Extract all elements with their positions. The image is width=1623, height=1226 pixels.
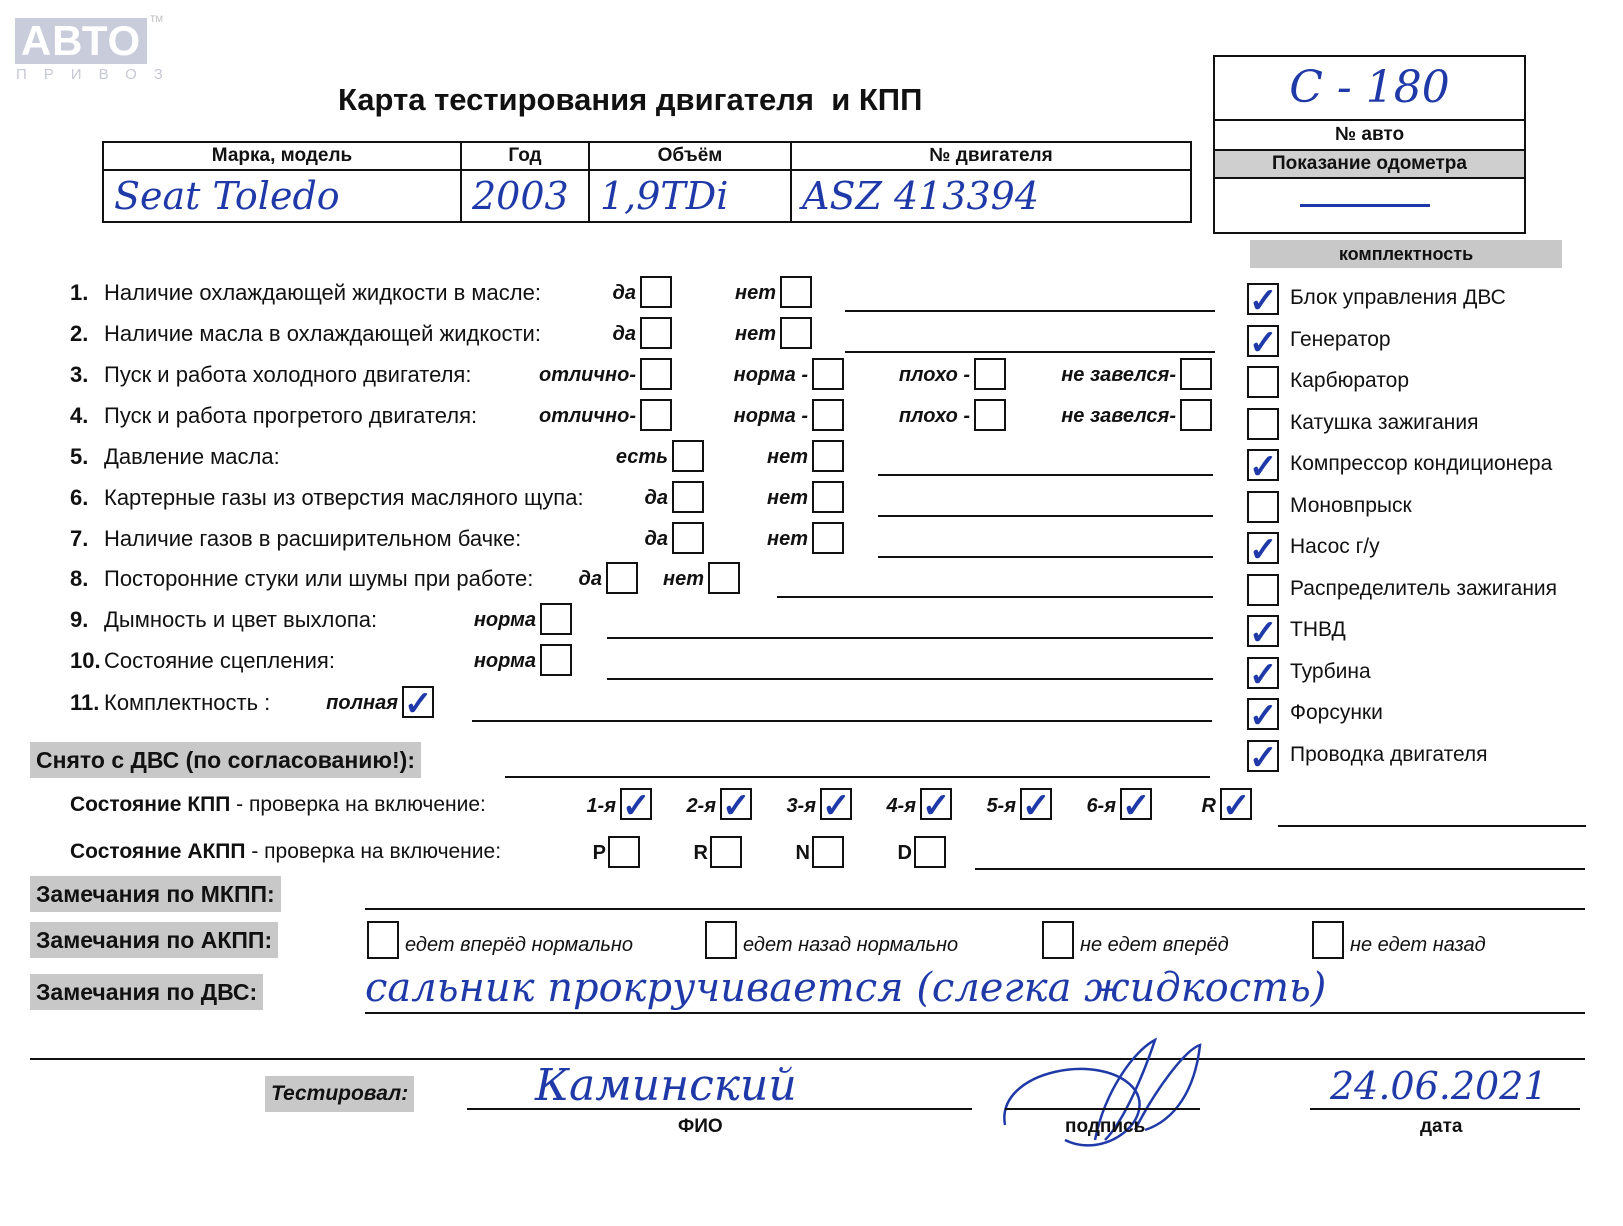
notes-line[interactable] — [777, 596, 1213, 598]
vehicle-info-table: Марка, модель Год Объём № двигателя Seat… — [102, 141, 1192, 223]
check-row-number: 11. — [70, 690, 104, 716]
check-mark-icon: ✓ — [1022, 790, 1050, 822]
manual-gearbox-title: Состояние КПП — [70, 793, 230, 816]
option-label: полная — [326, 692, 398, 715]
option-checkbox[interactable] — [812, 481, 844, 513]
option-label: да — [579, 568, 603, 591]
option-checkbox[interactable] — [812, 399, 844, 431]
option-checkbox[interactable] — [672, 481, 704, 513]
option-checkbox[interactable] — [540, 603, 572, 635]
check-mark-icon: ✓ — [1249, 742, 1277, 774]
option-label: плохо - — [899, 405, 970, 428]
notes-line[interactable] — [845, 310, 1215, 312]
check-mark-icon: ✓ — [822, 790, 850, 822]
removed-line[interactable] — [505, 776, 1210, 778]
option-label: нет — [767, 487, 808, 510]
akpp-option-label: едет вперёд нормально — [405, 934, 633, 957]
kit-checkbox[interactable]: ✓ — [1247, 740, 1279, 772]
auto-number-value[interactable]: C - 180 — [1215, 57, 1524, 121]
option-label: не завелся- — [1061, 364, 1176, 387]
option-checkbox[interactable] — [540, 644, 572, 676]
notes-line[interactable] — [607, 678, 1213, 680]
option-label: есть — [616, 446, 668, 469]
kit-checkbox[interactable]: ✓ — [1247, 325, 1279, 357]
option-checkbox[interactable] — [640, 399, 672, 431]
option-label: да — [645, 487, 669, 510]
check-row-text: Наличие охлаждающей жидкости в масле: — [104, 280, 541, 305]
option-checkbox[interactable] — [812, 522, 844, 554]
check-row-text: Наличие масла в охлаждающей жидкости: — [104, 321, 541, 346]
odometer-label: Показание одометра — [1215, 149, 1524, 179]
option-label: да — [613, 323, 637, 346]
option-label: нет — [767, 446, 808, 469]
kit-item-label: Распределитель зажигания — [1290, 577, 1557, 601]
check-row-number: 8. — [70, 566, 104, 592]
check-row-number: 1. — [70, 280, 104, 306]
option-label: норма - — [734, 364, 808, 387]
gear-label: 6-я — [1086, 795, 1116, 818]
option-checkbox[interactable] — [974, 358, 1006, 390]
manual-gearbox-line[interactable] — [1278, 825, 1586, 827]
trademark-mark: ТМ — [150, 14, 163, 24]
engine-number-value[interactable]: ASZ 413394 — [791, 170, 1191, 222]
notes-line[interactable] — [878, 556, 1213, 558]
option-label: норма - — [734, 405, 808, 428]
check-row-label: 3.Пуск и работа холодного двигателя: — [70, 362, 471, 388]
check-row-label: 5.Давление масла: — [70, 444, 280, 470]
column-make-model: Марка, модель — [103, 142, 461, 170]
check-mark-icon: ✓ — [1122, 790, 1150, 822]
option-label: норма — [474, 609, 536, 632]
gear-label: 1-я — [586, 795, 616, 818]
option-checkbox[interactable] — [812, 358, 844, 390]
akpp-option-checkbox[interactable] — [1042, 921, 1074, 959]
check-row-text: Состояние сцепления: — [104, 648, 335, 673]
kit-item-label: Проводка двигателя — [1290, 743, 1488, 767]
auto-position-label: P — [593, 842, 606, 865]
check-mark-icon: ✓ — [1249, 617, 1277, 649]
check-row-number: 4. — [70, 403, 104, 429]
gear-label: 4-я — [886, 795, 916, 818]
separator-line — [30, 1058, 1585, 1060]
option-label: нет — [735, 323, 776, 346]
check-row-text: Посторонние стуки или шумы при работе: — [104, 566, 533, 591]
test-date-value[interactable]: 24.06.2021 — [1330, 1064, 1548, 1108]
auto-position-label: R — [694, 842, 708, 865]
column-volume: Объём — [589, 142, 791, 170]
check-mark-icon: ✓ — [1249, 451, 1277, 483]
check-mark-icon: ✓ — [1249, 659, 1277, 691]
check-row-number: 2. — [70, 321, 104, 347]
auto-position-label: N — [796, 842, 810, 865]
volume-value[interactable]: 1,9TDi — [589, 170, 791, 222]
option-checkbox[interactable] — [974, 399, 1006, 431]
kit-item-label: Форсунки — [1290, 701, 1383, 725]
signature-icon[interactable] — [985, 1030, 1245, 1170]
option-label: да — [645, 528, 669, 551]
gear-checkbox[interactable]: ✓ — [720, 788, 752, 820]
removed-label: Снято с ДВС (по согласованию!): — [30, 742, 421, 778]
option-label: плохо - — [899, 364, 970, 387]
option-checkbox[interactable] — [640, 317, 672, 349]
notes-line[interactable] — [845, 351, 1215, 353]
notes-line[interactable] — [607, 637, 1213, 639]
check-row-text: Пуск и работа холодного двигателя: — [104, 362, 471, 387]
check-mark-icon: ✓ — [404, 688, 432, 720]
signature-line — [1005, 1108, 1200, 1110]
option-label: нет — [767, 528, 808, 551]
gear-label: 3-я — [786, 795, 816, 818]
akpp-option-label: едет назад нормально — [743, 934, 958, 957]
page-title: Карта тестирования двигателя и КПП — [338, 82, 922, 118]
mkpp-remarks-line[interactable] — [365, 908, 1585, 910]
akpp-option-label: не едет вперёд — [1080, 934, 1229, 957]
dvs-remarks-value[interactable]: сальник прокручивается (слегка жидкость) — [365, 965, 1326, 1011]
check-row-text: Наличие газов в расширительном бачке: — [104, 526, 521, 551]
check-mark-icon: ✓ — [922, 790, 950, 822]
check-row-number: 10. — [70, 648, 104, 674]
option-label: отлично- — [539, 405, 636, 428]
check-row-label: 10.Состояние сцепления: — [70, 648, 335, 674]
gear-checkbox[interactable]: ✓ — [620, 788, 652, 820]
option-label: нет — [735, 282, 776, 305]
kit-checkbox[interactable] — [1247, 574, 1279, 606]
odometer-value[interactable] — [1300, 204, 1430, 207]
check-row-label: 9.Дымность и цвет выхлопа: — [70, 607, 377, 633]
kit-checkbox[interactable]: ✓ — [1247, 449, 1279, 481]
kit-item-label: Компрессор кондиционера — [1290, 452, 1552, 476]
notes-line[interactable] — [472, 720, 1212, 722]
kit-checkbox[interactable]: ✓ — [1247, 283, 1279, 315]
auto-gearbox-label: Состояние АКПП - проверка на включение: — [70, 840, 501, 864]
auto-position-checkbox[interactable] — [608, 836, 640, 868]
kit-item-label: Генератор — [1290, 328, 1391, 352]
akpp-option-checkbox[interactable] — [1312, 921, 1344, 959]
option-label: норма — [474, 650, 536, 673]
kit-item-label: Карбюратор — [1290, 369, 1409, 393]
option-checkbox[interactable] — [672, 522, 704, 554]
make-model-value[interactable]: Seat Toledo — [103, 170, 461, 222]
check-row-number: 3. — [70, 362, 104, 388]
gear-label: 2-я — [686, 795, 716, 818]
check-mark-icon: ✓ — [1249, 534, 1277, 566]
gear-checkbox[interactable]: ✓ — [820, 788, 852, 820]
kit-item-label: Турбина — [1290, 660, 1371, 684]
kit-checkbox[interactable]: ✓ — [1247, 615, 1279, 647]
auto-gearbox-title: Состояние АКПП — [70, 840, 246, 863]
option-checkbox[interactable] — [640, 276, 672, 308]
akpp-option-checkbox[interactable] — [705, 921, 737, 959]
date-line — [1310, 1108, 1580, 1110]
auto-position-label: D — [898, 842, 912, 865]
check-mark-icon: ✓ — [622, 790, 650, 822]
check-row-label: 1.Наличие охлаждающей жидкости в масле: — [70, 280, 541, 306]
kit-item-label: Катушка зажигания — [1290, 411, 1478, 435]
check-mark-icon: ✓ — [1249, 285, 1277, 317]
notes-line[interactable] — [878, 474, 1213, 476]
column-engine-number: № двигателя — [791, 142, 1191, 170]
akpp-option-label: не едет назад — [1350, 934, 1486, 957]
auto-number-box: C - 180 № авто Показание одометра — [1213, 55, 1526, 234]
akpp-remarks-label: Замечания по АКПП: — [30, 922, 278, 958]
name-line — [467, 1108, 972, 1110]
option-checkbox[interactable] — [812, 440, 844, 472]
dvs-remarks-label: Замечания по ДВС: — [30, 974, 263, 1010]
option-label: отлично- — [539, 364, 636, 387]
check-mark-icon: ✓ — [1249, 327, 1277, 359]
kit-checkbox[interactable]: ✓ — [1247, 657, 1279, 689]
option-checkbox[interactable] — [1180, 399, 1212, 431]
check-row-text: Давление масла: — [104, 444, 280, 469]
check-row-number: 7. — [70, 526, 104, 552]
tested-label: Тестировал: — [265, 1076, 414, 1112]
gear-checkbox[interactable]: ✓ — [1220, 788, 1252, 820]
check-row-text: Дымность и цвет выхлопа: — [104, 607, 377, 632]
option-checkbox[interactable] — [672, 440, 704, 472]
option-checkbox[interactable] — [780, 276, 812, 308]
kit-checkbox[interactable] — [1247, 408, 1279, 440]
check-row-number: 9. — [70, 607, 104, 633]
check-row-number: 5. — [70, 444, 104, 470]
year-value[interactable]: 2003 — [461, 170, 589, 222]
check-row-label: 2.Наличие масла в охлаждающей жидкости: — [70, 321, 541, 347]
check-mark-icon: ✓ — [1222, 790, 1250, 822]
kit-item-label: Насос г/у — [1290, 535, 1380, 559]
option-label: да — [613, 282, 637, 305]
kit-item-label: ТНВД — [1290, 618, 1346, 642]
dvs-remarks-line — [365, 1012, 1585, 1014]
mkpp-remarks-label: Замечания по МКПП: — [30, 876, 281, 912]
check-row-text: Пуск и работа прогретого двигателя: — [104, 403, 477, 428]
option-checkbox[interactable] — [780, 317, 812, 349]
brand-logo: АВТО — [15, 18, 147, 64]
auto-position-checkbox[interactable] — [812, 836, 844, 868]
kit-checkbox[interactable]: ✓ — [1247, 698, 1279, 730]
option-checkbox[interactable] — [606, 562, 638, 594]
brand-subtitle: ПРИВОЗ — [16, 66, 180, 83]
auto-position-checkbox[interactable] — [914, 836, 946, 868]
auto-gearbox-line[interactable] — [975, 868, 1585, 870]
check-row-label: 8.Посторонние стуки или шумы при работе: — [70, 566, 533, 592]
column-year: Год — [461, 142, 589, 170]
check-row-label: 7.Наличие газов в расширительном бачке: — [70, 526, 521, 552]
check-row-label: 6.Картерные газы из отверстия масляного … — [70, 485, 584, 511]
option-label: не завелся- — [1061, 405, 1176, 428]
kit-checkbox[interactable] — [1247, 366, 1279, 398]
gear-checkbox[interactable]: ✓ — [1120, 788, 1152, 820]
kit-checkbox[interactable] — [1247, 491, 1279, 523]
manual-gearbox-subtitle: - проверка на включение: — [230, 793, 486, 816]
akpp-option-checkbox[interactable] — [367, 921, 399, 959]
gear-label: R — [1202, 795, 1216, 818]
tester-name-value[interactable]: Каминский — [535, 1060, 797, 1111]
check-row-number: 6. — [70, 485, 104, 511]
option-checkbox[interactable] — [708, 562, 740, 594]
notes-line[interactable] — [878, 515, 1213, 517]
check-mark-icon: ✓ — [722, 790, 750, 822]
check-row-text: Картерные газы из отверстия масляного щу… — [104, 485, 584, 510]
kit-title: комплектность — [1250, 240, 1562, 268]
check-row-text: Комплектность : — [104, 690, 270, 715]
check-row-label: 4.Пуск и работа прогретого двигателя: — [70, 403, 477, 429]
gear-checkbox[interactable]: ✓ — [920, 788, 952, 820]
auto-gearbox-subtitle: - проверка на включение: — [246, 840, 502, 863]
auto-position-checkbox[interactable] — [710, 836, 742, 868]
auto-number-label: № авто — [1215, 121, 1524, 149]
option-label: нет — [663, 568, 704, 591]
gear-label: 5-я — [986, 795, 1016, 818]
kit-item-label: Блок управления ДВС — [1290, 286, 1506, 310]
option-checkbox[interactable]: ✓ — [402, 686, 434, 718]
name-caption: ФИО — [678, 1116, 723, 1138]
date-caption: дата — [1420, 1116, 1463, 1138]
manual-gearbox-label: Состояние КПП - проверка на включение: — [70, 793, 486, 817]
gear-checkbox[interactable]: ✓ — [1020, 788, 1052, 820]
kit-item-label: Моновпрыск — [1290, 494, 1412, 518]
option-checkbox[interactable] — [1180, 358, 1212, 390]
kit-checkbox[interactable]: ✓ — [1247, 532, 1279, 564]
signature-caption: подпись — [1065, 1116, 1145, 1138]
option-checkbox[interactable] — [640, 358, 672, 390]
check-mark-icon: ✓ — [1249, 700, 1277, 732]
check-row-label: 11.Комплектность : — [70, 690, 270, 716]
